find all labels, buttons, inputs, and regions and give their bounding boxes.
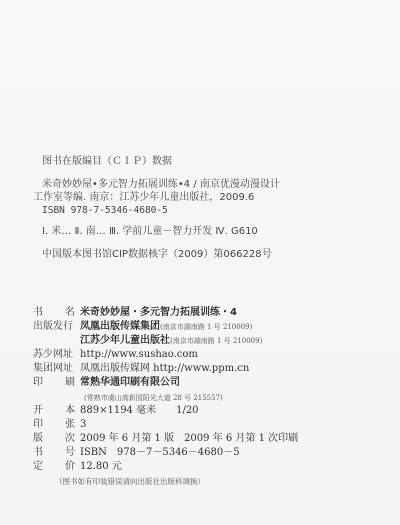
label-char: 印 xyxy=(33,419,43,431)
label-printed-sheets: 印 张 xyxy=(33,419,75,431)
label-text: 出版发行 xyxy=(33,321,73,333)
cip-line-2: 工作室等编. 南京：江苏少年儿童出版社，2009.6 xyxy=(33,192,254,204)
label-char: 号 xyxy=(65,447,75,459)
cip-classification: Ⅰ. 米… Ⅱ. 南… Ⅲ. 学前儿童－智力开发 Ⅳ. G610 xyxy=(42,226,258,238)
label-char: 刷 xyxy=(65,377,75,389)
label-book-number: 书 号 xyxy=(33,447,75,459)
label-text: 集团网址 xyxy=(33,363,73,375)
label-char: 价 xyxy=(65,461,75,473)
label-char: 开 xyxy=(33,405,43,417)
value-publishing-group: 凤凰出版传媒集团(南京市湖南路 1 号 210009) xyxy=(80,321,252,333)
label-printer: 印 刷 xyxy=(33,377,75,389)
cip-verification-number: 中国版本图书馆CIP数据核字（2009）第066228号 xyxy=(42,249,272,261)
value-isbn: ISBN 978－7－5346－4680－5 xyxy=(80,447,240,459)
label-edition: 版 次 xyxy=(33,433,75,445)
publishing-group-name: 凤凰出版传媒集团 xyxy=(80,321,160,332)
group-website-link: 凤凰出版传媒网 http://www.ppm.cn xyxy=(80,363,249,375)
label-char: 印 xyxy=(33,377,43,389)
label-sushao-website: 苏少网址 xyxy=(33,349,75,361)
copyright-page: 图书在版编目（ＣＩＰ）数据 米奇妙妙屋•多元智力拓展训练•4 / 南京优漫动漫设… xyxy=(0,0,400,525)
printer-address: (常熟市虞山高新园阳光大道 28 号 215557) xyxy=(84,392,223,404)
publisher-address: (南京市湖南路 1 号 210009) xyxy=(170,337,262,345)
value-edition: 2009 年 6 月第 1 版 2009 年 6 月第 1 次印刷 xyxy=(80,433,298,445)
label-format: 开 本 xyxy=(33,405,75,417)
sushao-website-link: http://www.sushao.com xyxy=(80,349,198,361)
cip-isbn: ISBN 978-7-5346-4680-5 xyxy=(42,205,168,217)
label-char: 张 xyxy=(65,419,75,431)
value-price: 12.80 元 xyxy=(80,461,122,473)
label-text: 苏少网址 xyxy=(33,349,73,361)
label-char: 定 xyxy=(33,461,43,473)
label-publisher-distributor: 出版发行 xyxy=(33,321,75,333)
label-price: 定 价 xyxy=(33,461,75,473)
label-char: 书 xyxy=(33,307,43,319)
label-char: 版 xyxy=(33,433,43,445)
label-char: 书 xyxy=(33,447,43,459)
label-char: 本 xyxy=(65,405,75,417)
value-publisher: 江苏少年儿童出版社(南京市湖南路 1 号 210009) xyxy=(80,335,262,347)
label-char: 次 xyxy=(65,433,75,445)
label-group-website: 集团网址 xyxy=(33,363,75,375)
publisher-name: 江苏少年儿童出版社 xyxy=(80,335,170,346)
value-printer: 常熟华通印刷有限公司 xyxy=(80,377,180,389)
value-printed-sheets: 3 xyxy=(80,419,86,431)
publishing-group-address: (南京市湖南路 1 号 210009) xyxy=(160,323,252,331)
label-book-title: 书 名 xyxy=(33,307,75,319)
label-char: 名 xyxy=(65,307,75,319)
misprint-exchange-notice: （图书如有印装错误请向出版社出版科调换） xyxy=(55,476,205,488)
value-book-title: 米奇妙妙屋・多元智力拓展训练・4 xyxy=(80,307,237,319)
value-format: 889×1194 毫米 1/20 xyxy=(80,405,199,417)
cip-line-1: 米奇妙妙屋•多元智力拓展训练•4 / 南京优漫动漫设计 xyxy=(42,179,280,191)
cip-heading: 图书在版编目（ＣＩＰ）数据 xyxy=(42,156,172,168)
